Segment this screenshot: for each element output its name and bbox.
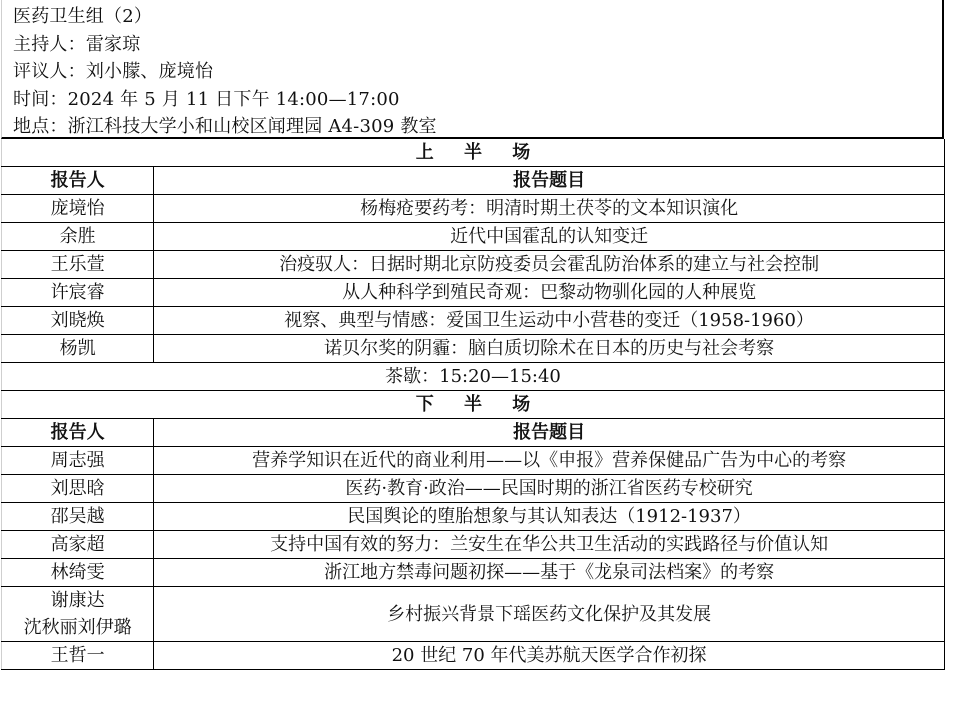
presenter-cell: 邵吴越: [2, 503, 154, 531]
time-line: 时间：2024 年 5 月 11 日下午 14:00—17:00: [13, 86, 942, 114]
presenter-cell: 刘晓焕: [2, 307, 154, 335]
location-line: 地点：浙江科技大学小和山校区闻理园 A4-309 教室: [13, 113, 942, 141]
group-title: 医药卫生组（2）: [13, 3, 942, 31]
table-row: 刘思晗 医药·教育·政治——民国时期的浙江省医药专校研究: [2, 475, 945, 503]
section-header-row: 下 半 场: [2, 391, 945, 419]
presenter-cell: 余胜: [2, 223, 154, 251]
schedule-document: 医药卫生组（2） 主持人：雷家琼 评议人：刘小朦、庞境怡 时间：2024 年 5…: [1, 0, 944, 670]
title-cell: 近代中国霍乱的认知变迁: [154, 223, 945, 251]
presenter-cell: 高家超: [2, 531, 154, 559]
table-row: 林绮雯 浙江地方禁毒问题初探——基于《龙泉司法档案》的考察: [2, 559, 945, 587]
host-line: 主持人：雷家琼: [13, 31, 942, 59]
table-row: 谢康达 沈秋丽刘伊璐 乡村振兴背景下瑶医药文化保护及其发展: [2, 587, 945, 642]
table-row: 杨凯 诺贝尔奖的阴霾：脑白质切除术在日本的历史与社会考察: [2, 335, 945, 363]
title-cell: 20 世纪 70 年代美苏航天医学合作初探: [154, 642, 945, 670]
tea-break-text: 茶歇：15:20—15:40: [2, 363, 945, 391]
presenter-name: 沈秋丽刘伊璐: [2, 614, 153, 641]
column-header-row: 报告人 报告题目: [2, 419, 945, 447]
title-cell: 浙江地方禁毒问题初探——基于《龙泉司法档案》的考察: [154, 559, 945, 587]
first-half-title: 上 半 场: [2, 139, 945, 167]
host-label: 主持人：: [13, 34, 86, 55]
title-cell: 从人种科学到殖民奇观：巴黎动物驯化园的人种展览: [154, 279, 945, 307]
reviewers-line: 评议人：刘小朦、庞境怡: [13, 58, 942, 86]
table-row: 高家超 支持中国有效的努力：兰安生在华公共卫生活动的实践路径与价值认知: [2, 531, 945, 559]
title-cell: 乡村振兴背景下瑶医药文化保护及其发展: [154, 587, 945, 642]
table-row: 邵吴越 民国舆论的堕胎想象与其认知表达（1912-1937）: [2, 503, 945, 531]
title-cell: 视察、典型与情感：爱国卫生运动中小营巷的变迁（1958-1960）: [154, 307, 945, 335]
session-info: 医药卫生组（2） 主持人：雷家琼 评议人：刘小朦、庞境怡 时间：2024 年 5…: [1, 0, 944, 139]
presenter-column-header: 报告人: [2, 167, 154, 195]
presenter-cell: 刘思晗: [2, 475, 154, 503]
host-name: 雷家琼: [86, 34, 141, 55]
table-row: 王乐萱 治疫驭人：日据时期北京防疫委员会霍乱防治体系的建立与社会控制: [2, 251, 945, 279]
reviewers-names: 刘小朦、庞境怡: [86, 61, 213, 82]
title-cell: 杨梅疮要药考：明清时期土茯苓的文本知识演化: [154, 195, 945, 223]
time-value: 2024 年 5 月 11 日下午 14:00—17:00: [68, 89, 400, 110]
presenter-name: 谢康达: [2, 587, 153, 614]
presenter-cell: 许宸睿: [2, 279, 154, 307]
presenter-cell: 周志强: [2, 447, 154, 475]
schedule-table: 上 半 场 报告人 报告题目 庞境怡 杨梅疮要药考：明清时期土茯苓的文本知识演化…: [1, 139, 945, 670]
title-cell: 民国舆论的堕胎想象与其认知表达（1912-1937）: [154, 503, 945, 531]
presenter-cell: 王乐萱: [2, 251, 154, 279]
table-row: 王哲一 20 世纪 70 年代美苏航天医学合作初探: [2, 642, 945, 670]
title-cell: 营养学知识在近代的商业利用——以《申报》营养保健品广告为中心的考察: [154, 447, 945, 475]
time-label: 时间：: [13, 89, 68, 110]
title-column-header: 报告题目: [154, 167, 945, 195]
table-row: 刘晓焕 视察、典型与情感：爱国卫生运动中小营巷的变迁（1958-1960）: [2, 307, 945, 335]
presenter-cell: 王哲一: [2, 642, 154, 670]
table-row: 周志强 营养学知识在近代的商业利用——以《申报》营养保健品广告为中心的考察: [2, 447, 945, 475]
title-cell: 支持中国有效的努力：兰安生在华公共卫生活动的实践路径与价值认知: [154, 531, 945, 559]
table-row: 许宸睿 从人种科学到殖民奇观：巴黎动物驯化园的人种展览: [2, 279, 945, 307]
location-value: 浙江科技大学小和山校区闻理园 A4-309 教室: [68, 116, 437, 137]
presenter-cell: 谢康达 沈秋丽刘伊璐: [2, 587, 154, 642]
reviewers-label: 评议人：: [13, 61, 86, 82]
title-cell: 治疫驭人：日据时期北京防疫委员会霍乱防治体系的建立与社会控制: [154, 251, 945, 279]
presenter-cell: 杨凯: [2, 335, 154, 363]
presenter-cell: 庞境怡: [2, 195, 154, 223]
location-label: 地点：: [13, 116, 68, 137]
title-cell: 诺贝尔奖的阴霾：脑白质切除术在日本的历史与社会考察: [154, 335, 945, 363]
presenter-column-header: 报告人: [2, 419, 154, 447]
presenter-cell: 林绮雯: [2, 559, 154, 587]
second-half-title: 下 半 场: [2, 391, 945, 419]
table-row: 庞境怡 杨梅疮要药考：明清时期土茯苓的文本知识演化: [2, 195, 945, 223]
column-header-row: 报告人 报告题目: [2, 167, 945, 195]
section-header-row: 上 半 场: [2, 139, 945, 167]
tea-break-row: 茶歇：15:20—15:40: [2, 363, 945, 391]
table-row: 余胜 近代中国霍乱的认知变迁: [2, 223, 945, 251]
title-cell: 医药·教育·政治——民国时期的浙江省医药专校研究: [154, 475, 945, 503]
title-column-header: 报告题目: [154, 419, 945, 447]
